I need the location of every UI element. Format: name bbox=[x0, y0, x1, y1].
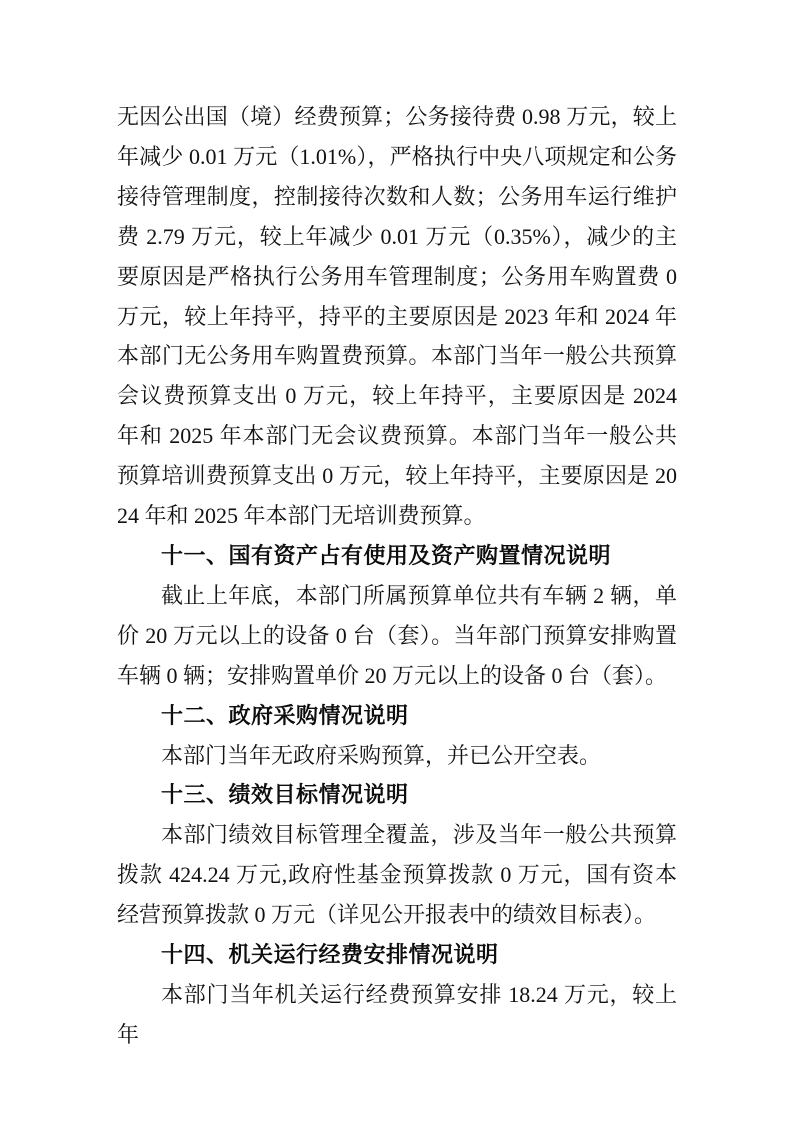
paragraph-section-11-state-assets: 截止上年底，本部门所属预算单位共有车辆 2 辆，单价 20 万元以上的设备 0 … bbox=[117, 576, 677, 696]
heading-section-11-state-assets: 十一、国有资产占有使用及资产购置情况说明 bbox=[117, 536, 677, 576]
heading-section-12-government-procurement: 十二、政府采购情况说明 bbox=[117, 696, 677, 736]
paragraph-expense-detail-continuation: 无因公出国（境）经费预算；公务接待费 0.98 万元，较上年减少 0.01 万元… bbox=[117, 97, 677, 536]
paragraph-section-13-performance-targets: 本部门绩效目标管理全覆盖，涉及当年一般公共预算拨款 424.24 万元,政府性基… bbox=[117, 815, 677, 935]
document-page: 无因公出国（境）经费预算；公务接待费 0.98 万元，较上年减少 0.01 万元… bbox=[0, 0, 793, 1122]
heading-section-13-performance-targets: 十三、绩效目标情况说明 bbox=[117, 775, 677, 815]
heading-section-14-operating-expenses: 十四、机关运行经费安排情况说明 bbox=[117, 935, 677, 975]
paragraph-section-12-government-procurement: 本部门当年无政府采购预算，并已公开空表。 bbox=[117, 736, 677, 776]
paragraph-section-14-operating-expenses: 本部门当年机关运行经费预算安排 18.24 万元，较上年 bbox=[117, 975, 677, 1055]
